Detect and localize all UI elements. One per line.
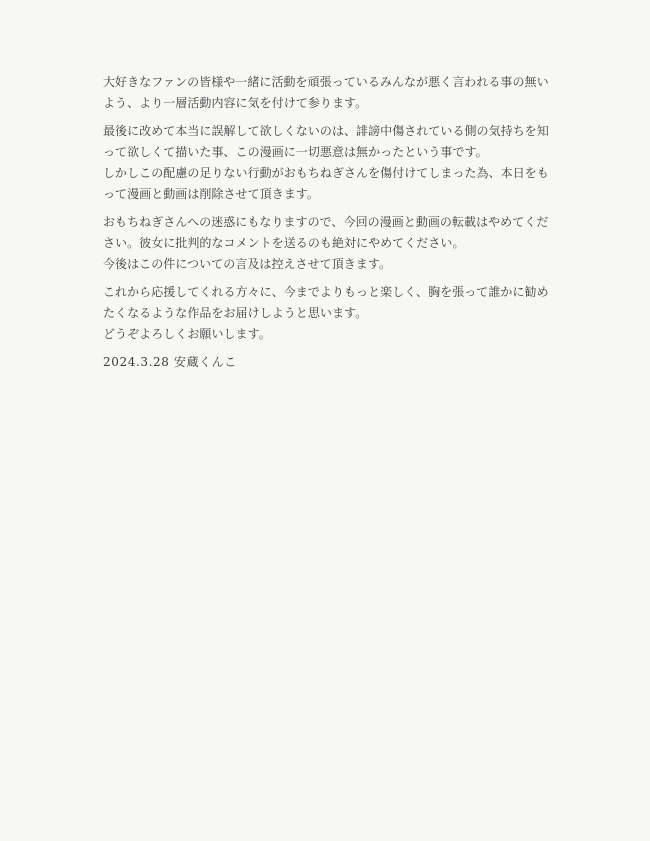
paragraph: おもちねぎさんへの迷惑にもなりますので、今回の漫画と動画の転載はやめてくだ さい…: [103, 212, 549, 275]
text-line: たくなるような作品をお届けしようと思います。: [103, 303, 549, 324]
text-line: しかしこの配慮の足りない行動がおもちねぎさんを傷付けてしまった為、本日をも: [103, 163, 549, 184]
date-signature-line: 2024.3.28 安蔵くんこ: [103, 352, 549, 373]
text-line: って漫画と動画は削除させて頂きます。: [103, 184, 549, 205]
page: 大好きなファンの皆様や一緒に活動を頑張っているみんなが悪く言われる事の無い よう…: [0, 0, 650, 841]
text-line: 大好きなファンの皆様や一緒に活動を頑張っているみんなが悪く言われる事の無い: [103, 72, 549, 93]
text-line: どうぞよろしくお願いします。: [103, 324, 549, 345]
text-line: って欲しくて描いた事、この漫画に一切悪意は無かったという事です。: [103, 142, 549, 163]
text-line: 今後はこの件についての言及は控えさせて頂きます。: [103, 254, 549, 275]
text-line: さい。彼女に批判的なコメントを送るのも絶対にやめてください。: [103, 233, 549, 254]
paragraph: これから応援してくれる方々に、今までよりもっと楽しく、胸を張って誰かに勧め たく…: [103, 282, 549, 345]
text-line: 最後に改めて本当に誤解して欲しくないのは、誹謗中傷されている側の気持ちを知: [103, 121, 549, 142]
text-line: これから応援してくれる方々に、今までよりもっと楽しく、胸を張って誰かに勧め: [103, 282, 549, 303]
paragraph: 最後に改めて本当に誤解して欲しくないのは、誹謗中傷されている側の気持ちを知 って…: [103, 121, 549, 205]
text-line: おもちねぎさんへの迷惑にもなりますので、今回の漫画と動画の転載はやめてくだ: [103, 212, 549, 233]
text-line: よう、より一層活動内容に気を付けて参ります。: [103, 93, 549, 114]
statement-text: 大好きなファンの皆様や一緒に活動を頑張っているみんなが悪く言われる事の無い よう…: [103, 72, 549, 373]
paragraph: 大好きなファンの皆様や一緒に活動を頑張っているみんなが悪く言われる事の無い よう…: [103, 72, 549, 114]
